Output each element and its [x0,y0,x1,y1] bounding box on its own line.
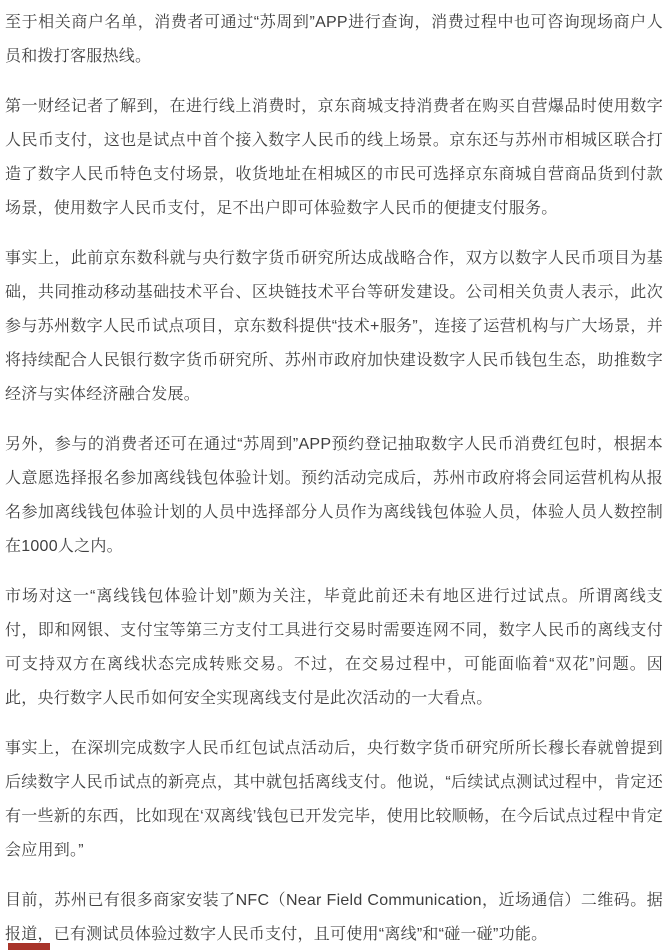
article-paragraph-3: 事实上，此前京东数科就与央行数字货币研究所达成战略合作，双方以数字人民币项目为基… [5,242,663,412]
article-paragraph-1: 至于相关商户名单，消费者可通过“苏周到”APP进行查询，消费过程中也可咨询现场商… [5,6,663,74]
article-paragraph-6: 事实上，在深圳完成数字人民币红包试点活动后，央行数字货币研究所所长穆长春就曾提到… [5,732,663,868]
article-paragraph-2: 第一财经记者了解到，在进行线上消费时，京东商城支持消费者在购买自营爆品时使用数字… [5,90,663,226]
article-body: 至于相关商户名单，消费者可通过“苏周到”APP进行查询，消费过程中也可咨询现场商… [0,0,670,950]
article-paragraph-5: 市场对这一“离线钱包体验计划”颇为关注，毕竟此前还未有地区进行过试点。所谓离线支… [5,580,663,716]
article-paragraph-7: 目前，苏州已有很多商家安装了NFC（Near Field Communicati… [5,884,663,950]
article-page: { "page": { "background_color": "#ffffff… [0,0,670,950]
article-paragraph-4: 另外，参与的消费者还可在通过“苏周到”APP预约登记抽取数字人民币消费红包时，根… [5,428,663,564]
cropped-red-banner-top-edge [8,943,50,950]
